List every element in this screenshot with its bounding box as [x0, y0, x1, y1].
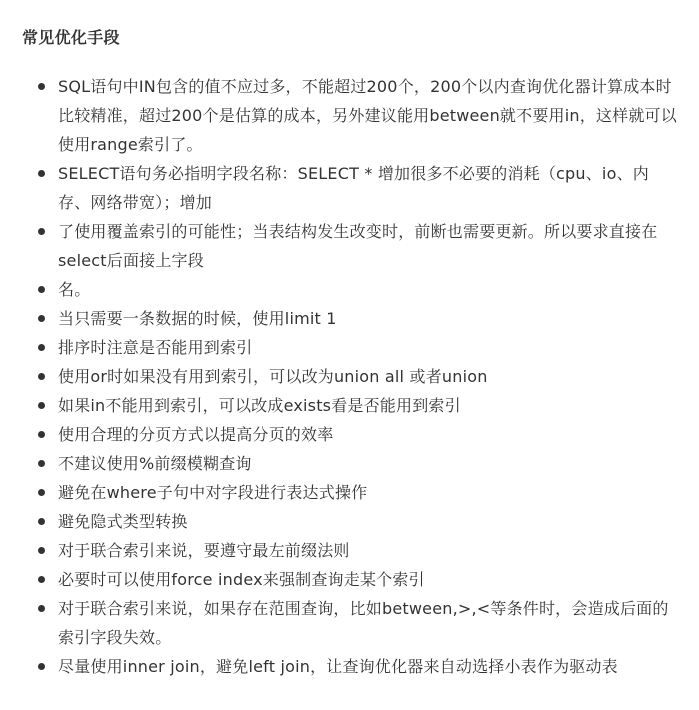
tip-text: 名。	[58, 275, 677, 304]
list-item: 了使用覆盖索引的可能性；当表结构发生改变时，前断也需要更新。所以要求直接在sel…	[0, 217, 699, 275]
tip-text: 避免隐式类型转换	[58, 507, 677, 536]
list-item: 对于联合索引来说，如果存在范围查询，比如between,>,<等条件时，会造成后…	[0, 594, 699, 652]
list-item: 避免在where子句中对字段进行表达式操作	[0, 478, 699, 507]
bullet-icon	[38, 373, 45, 380]
list-item: SELECT语句务必指明字段名称：SELECT * 增加很多不必要的消耗（cpu…	[0, 159, 699, 217]
tip-text: 使用or时如果没有用到索引，可以改为union all 或者union	[58, 362, 677, 391]
tip-text: 对于联合索引来说，如果存在范围查询，比如between,>,<等条件时，会造成后…	[58, 594, 677, 652]
bullet-icon	[38, 431, 45, 438]
bullet-icon	[38, 83, 45, 90]
bullet-icon	[38, 315, 45, 322]
optimization-tips-list: SQL语句中IN包含的值不应过多，不能超过200个，200个以内查询优化器计算成…	[0, 72, 699, 681]
list-item: 使用合理的分页方式以提高分页的效率	[0, 420, 699, 449]
bullet-icon	[38, 170, 45, 177]
tip-text: 如果in不能用到索引，可以改成exists看是否能用到索引	[58, 391, 677, 420]
list-item: 必要时可以使用force index来强制查询走某个索引	[0, 565, 699, 594]
tip-text: 避免在where子句中对字段进行表达式操作	[58, 478, 677, 507]
tip-text: 尽量使用inner join，避免left join，让查询优化器来自动选择小表…	[58, 652, 677, 681]
tip-text: 必要时可以使用force index来强制查询走某个索引	[58, 565, 677, 594]
bullet-icon	[38, 286, 45, 293]
bullet-icon	[38, 344, 45, 351]
bullet-icon	[38, 663, 45, 670]
bullet-icon	[38, 605, 45, 612]
tip-text: 不建议使用%前缀模糊查询	[58, 449, 677, 478]
tip-text: SELECT语句务必指明字段名称：SELECT * 增加很多不必要的消耗（cpu…	[58, 159, 677, 217]
list-item: 排序时注意是否能用到索引	[0, 333, 699, 362]
list-item: SQL语句中IN包含的值不应过多，不能超过200个，200个以内查询优化器计算成…	[0, 72, 699, 159]
list-item: 如果in不能用到索引，可以改成exists看是否能用到索引	[0, 391, 699, 420]
bullet-icon	[38, 489, 45, 496]
tip-text: 当只需要一条数据的时候，使用limit 1	[58, 304, 677, 333]
list-item: 名。	[0, 275, 699, 304]
list-item: 避免隐式类型转换	[0, 507, 699, 536]
list-item: 使用or时如果没有用到索引，可以改为union all 或者union	[0, 362, 699, 391]
list-item: 对于联合索引来说，要遵守最左前缀法则	[0, 536, 699, 565]
tip-text: 使用合理的分页方式以提高分页的效率	[58, 420, 677, 449]
bullet-icon	[38, 402, 45, 409]
bullet-icon	[38, 228, 45, 235]
list-item: 当只需要一条数据的时候，使用limit 1	[0, 304, 699, 333]
tip-text: SQL语句中IN包含的值不应过多，不能超过200个，200个以内查询优化器计算成…	[58, 72, 677, 159]
bullet-icon	[38, 547, 45, 554]
tip-text: 排序时注意是否能用到索引	[58, 333, 677, 362]
section-heading: 常见优化手段	[22, 26, 120, 50]
list-item: 尽量使用inner join，避免left join，让查询优化器来自动选择小表…	[0, 652, 699, 681]
list-item: 不建议使用%前缀模糊查询	[0, 449, 699, 478]
bullet-icon	[38, 460, 45, 467]
bullet-icon	[38, 576, 45, 583]
tip-text: 对于联合索引来说，要遵守最左前缀法则	[58, 536, 677, 565]
bullet-icon	[38, 518, 45, 525]
tip-text: 了使用覆盖索引的可能性；当表结构发生改变时，前断也需要更新。所以要求直接在sel…	[58, 217, 677, 275]
